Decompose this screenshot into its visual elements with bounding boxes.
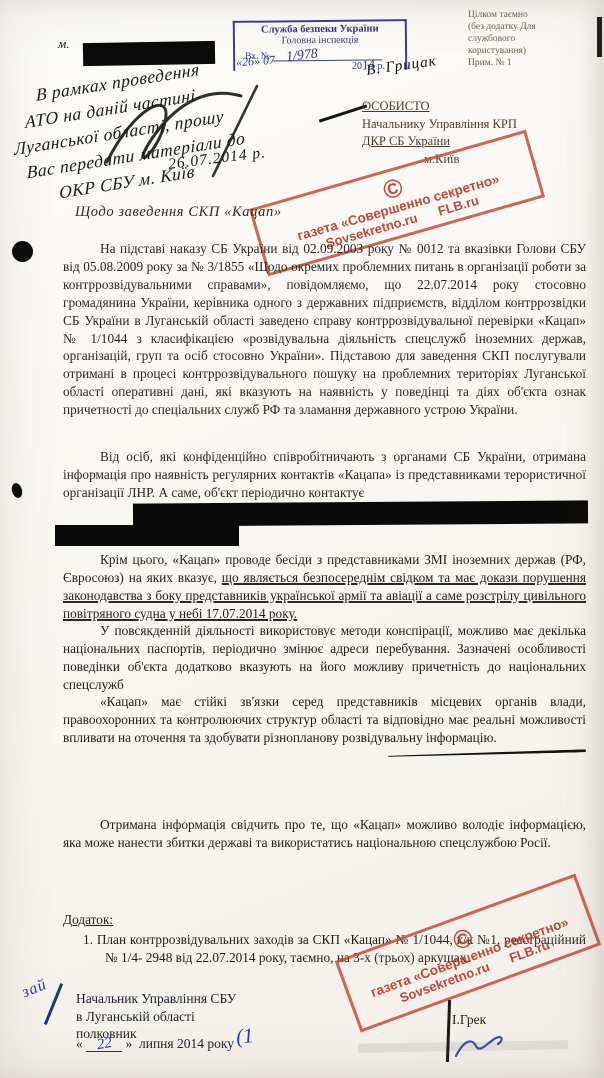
redaction-bar-1 — [133, 500, 588, 526]
paragraph-3: Крім цього, «Кацап» проводе бесіди з пре… — [63, 551, 586, 623]
paragraph-5: «Кацап» має стійкі зв'язки серед предста… — [63, 693, 586, 747]
personal-label: ОСОБИСТО — [362, 98, 582, 116]
pen-mark-paren: (1 — [235, 1023, 255, 1050]
paragraph-6: Отримана інформація свідчить про те, що … — [63, 816, 586, 852]
quote-open: « — [76, 1036, 83, 1051]
classification-line: службового — [468, 33, 590, 45]
date-rest: липня 2014 року — [139, 1036, 234, 1051]
classification-block: Цілком таємно (без додатку Для службовог… — [468, 9, 590, 69]
addressee-line: Начальнику Управління КРП — [362, 116, 582, 134]
signature-line: Начальник Управління СБУ — [76, 990, 306, 1008]
day-handwritten: 22 — [95, 1035, 113, 1054]
hole-punch-dot-1 — [12, 241, 33, 262]
classification-line: Цілком таємно — [468, 9, 590, 21]
classification-line: (без додатку Для — [468, 21, 590, 33]
stamp-line-newspaper: газета «Совершенно секретно» — [369, 914, 571, 1000]
signature-line: в Луганській області — [76, 1008, 306, 1026]
pen-signature-flourish — [95, 80, 265, 180]
paragraph-1: На підставі наказу СБ України від 02.09.… — [63, 240, 586, 419]
hole-punch-dot-2 — [10, 482, 24, 499]
quote-close: » — [126, 1036, 133, 1051]
scan-edge-mark — [597, 17, 602, 57]
redaction-bar-2 — [55, 525, 239, 546]
subject-title: Щодо заведення СКП «Кацап» — [75, 204, 282, 221]
paragraph-2: Від осіб, які конфіденційно співробітнич… — [63, 448, 586, 502]
pen-strike-line — [388, 749, 586, 758]
day-slot: 22 — [86, 1036, 122, 1052]
scanned-document-page: Цілком таємно (без додатку Для службовог… — [0, 0, 604, 1078]
attachment-heading: Додаток: — [63, 912, 113, 928]
paragraph-4: У повсякденній діяльності використовує м… — [63, 622, 586, 694]
resolution-note: м. — [58, 36, 70, 52]
press-stamp-bottom: © газета «Совершенно секретно» Sovsekret… — [335, 874, 602, 1033]
signer-signature-squiggle — [452, 1030, 508, 1064]
date-line: « 22 » липня 2014 року — [76, 1036, 234, 1052]
classification-line: Прим. № 1 — [468, 57, 590, 69]
attachment-number: 1. — [83, 932, 93, 947]
classification-line: користування) — [468, 45, 590, 57]
approval-mark-handwritten: зай — [20, 976, 50, 1002]
signer-pen-stroke — [446, 1000, 451, 1062]
signer-name: І.Грек — [452, 1012, 486, 1028]
